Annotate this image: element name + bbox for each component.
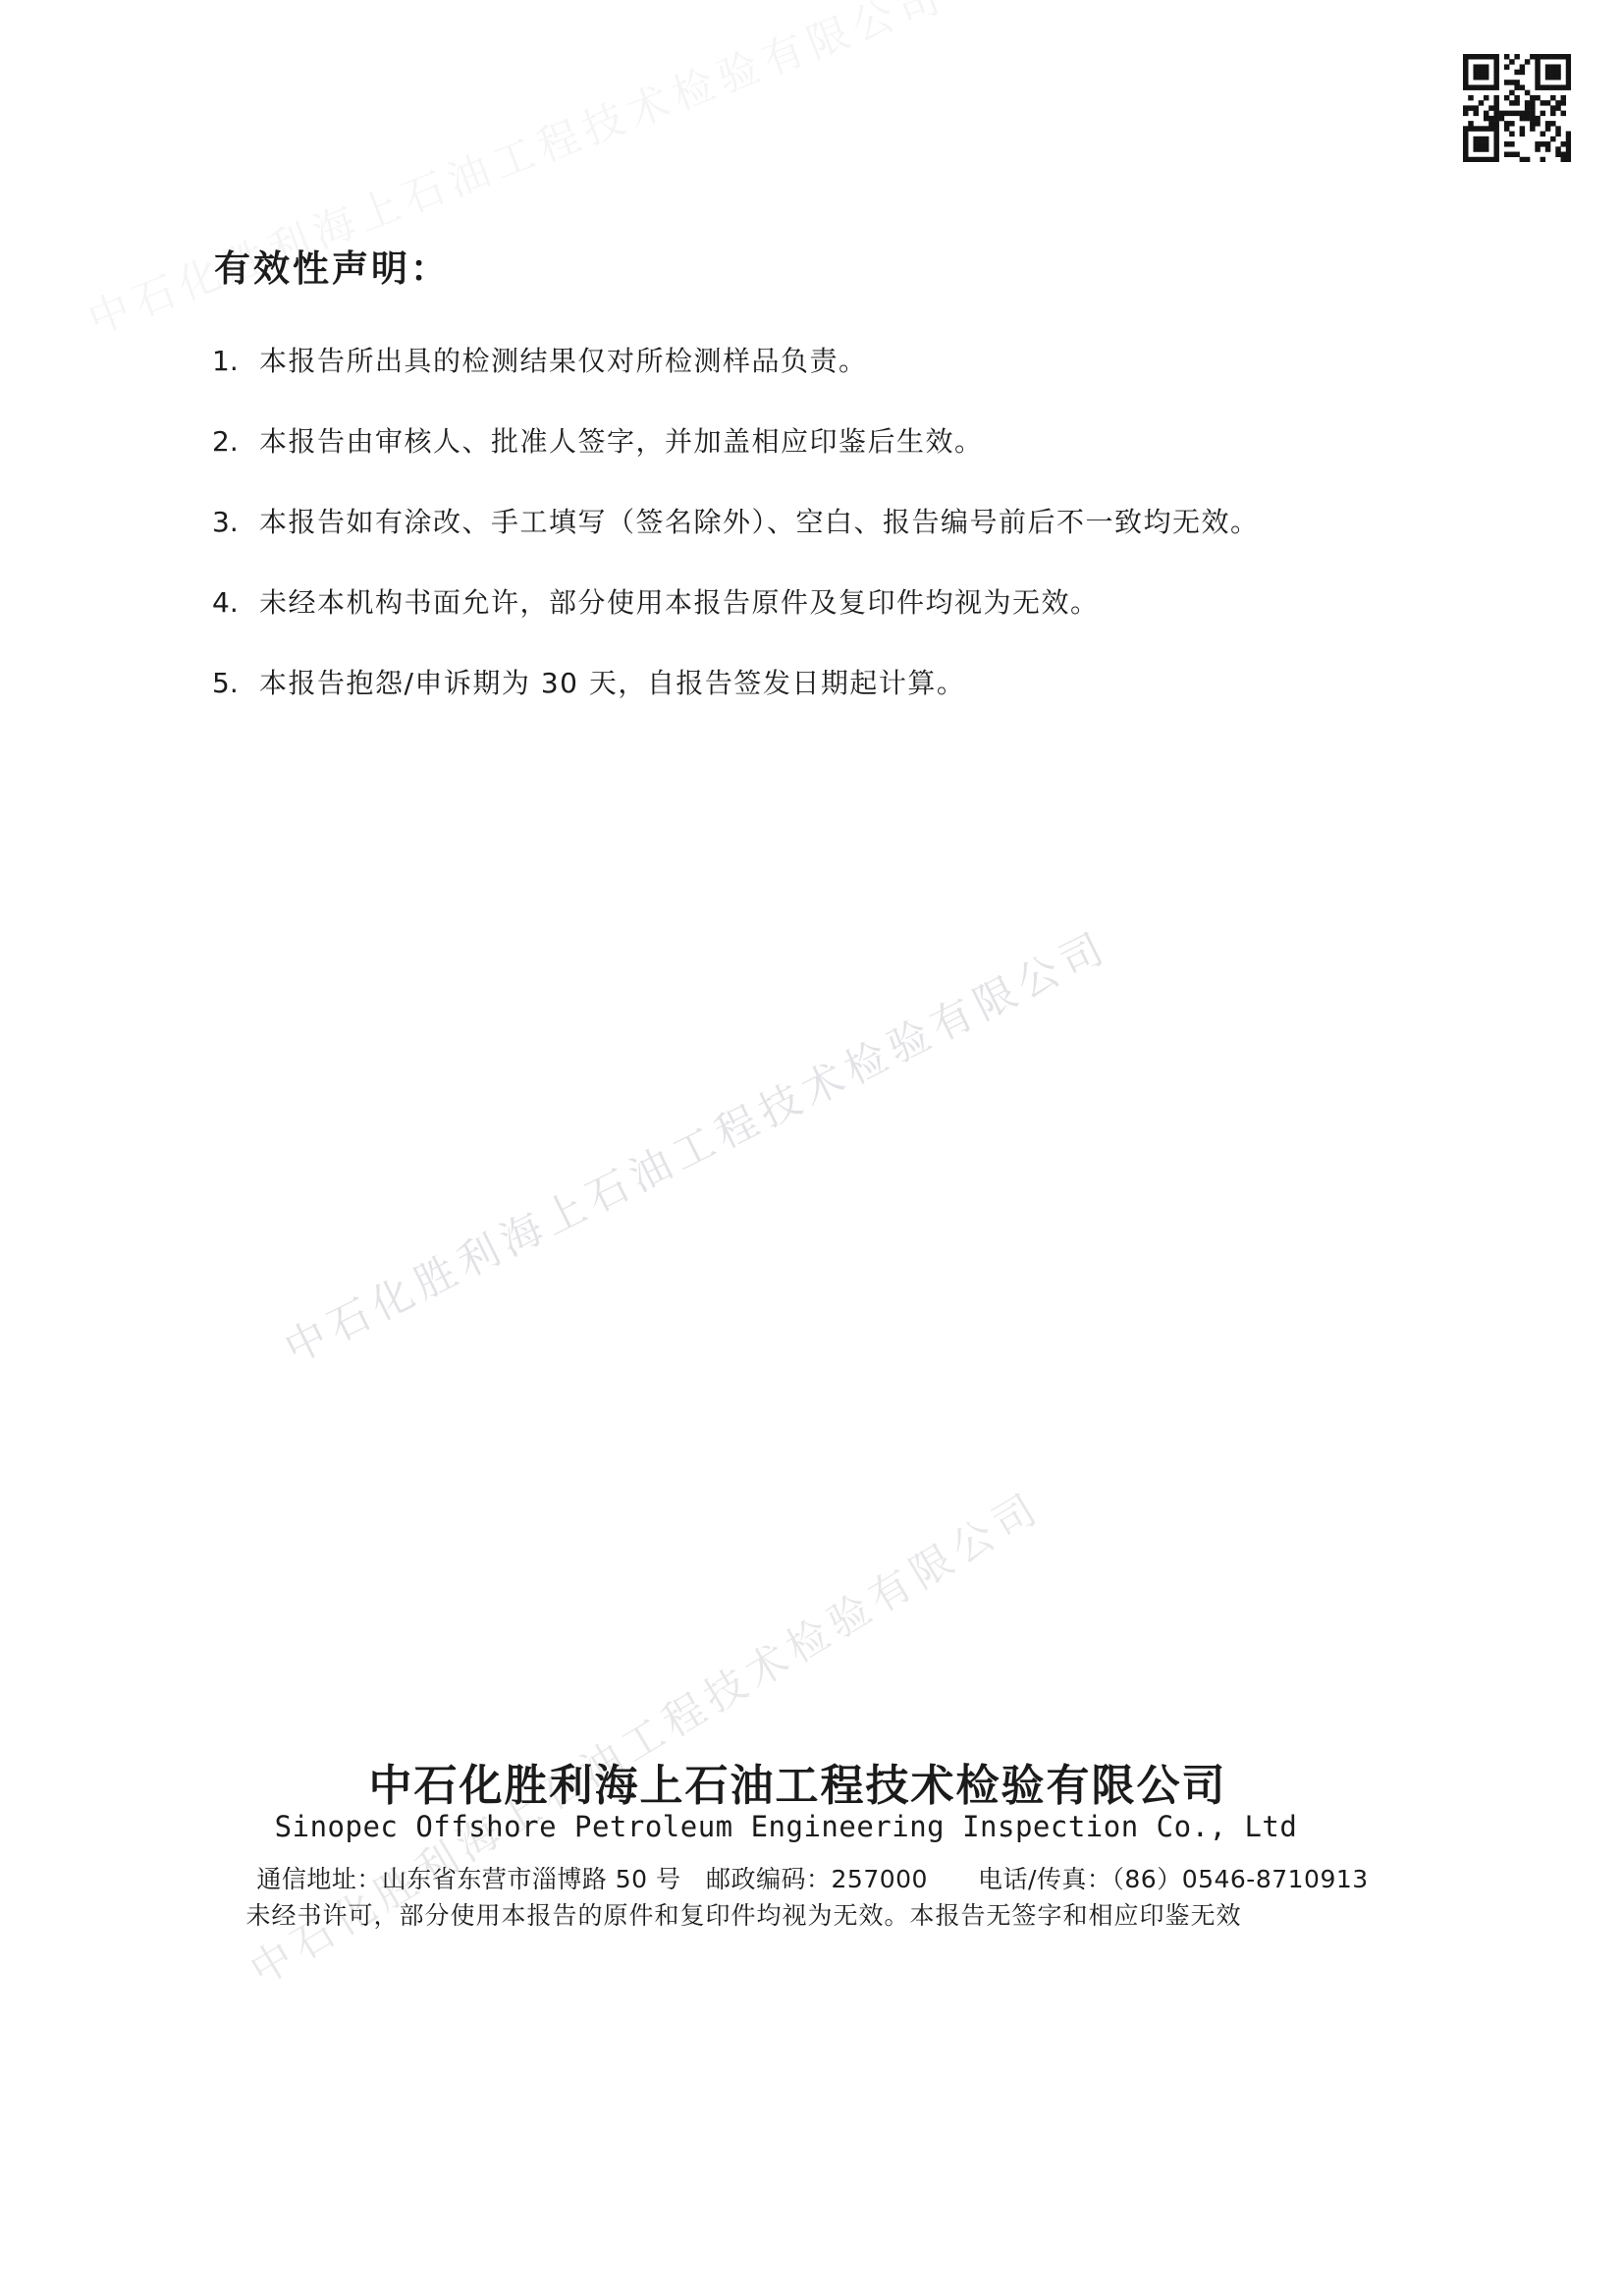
clause-text: 未经本机构书面允许，部分使用本报告原件及复印件均视为无效。	[259, 586, 1100, 620]
list-item: 2. 本报告由审核人、批准人签字，并加盖相应印鉴后生效。	[212, 425, 1518, 459]
list-item: 1. 本报告所出具的检测结果仅对所检测样品负责。	[212, 345, 1518, 378]
company-watermark: 中石化胜利海上石油工程技术检验有限公司	[274, 914, 1118, 1375]
qr-code	[1463, 54, 1571, 162]
clause-text: 本报告由审核人、批准人签字，并加盖相应印鉴后生效。	[259, 425, 984, 459]
clause-list: 1. 本报告所出具的检测结果仅对所检测样品负责。 2. 本报告由审核人、批准人签…	[212, 345, 1518, 747]
report-validity-page: 有效性声明： 1. 本报告所出具的检测结果仅对所检测样品负责。 2. 本报告由审…	[0, 0, 1623, 2296]
clause-number: 3.	[212, 506, 259, 539]
clause-text: 本报告所出具的检测结果仅对所检测样品负责。	[259, 345, 868, 378]
clause-text: 本报告抱怨/申诉期为 30 天，自报告签发日期起计算。	[259, 667, 965, 700]
clause-text: 本报告如有涂改、手工填写（签名除外）、空白、报告编号前后不一致均无效。	[259, 506, 1260, 539]
clause-number: 4.	[212, 586, 259, 620]
list-item: 3. 本报告如有涂改、手工填写（签名除外）、空白、报告编号前后不一致均无效。	[212, 506, 1518, 539]
company-watermark: 中石化胜利海上石油工程技术检验有限公司	[79, 0, 953, 347]
company-name-cn: 中石化胜利海上石油工程技术检验有限公司	[0, 1750, 1609, 1813]
address-line: 通信地址：山东省东营市淄博路 50 号 邮政编码：257000 电话/传真：（8…	[1, 1860, 1623, 1895]
list-item: 5. 本报告抱怨/申诉期为 30 天，自报告签发日期起计算。	[212, 667, 1518, 700]
clause-number: 5.	[212, 667, 259, 700]
clause-number: 2.	[212, 425, 259, 459]
list-item: 4. 未经本机构书面允许，部分使用本报告原件及复印件均视为无效。	[212, 586, 1518, 620]
page-title: 有效性声明：	[214, 239, 450, 292]
company-name-en: Sinopec Offshore Petroleum Engineering I…	[0, 1810, 1597, 1843]
clause-number: 1.	[212, 345, 259, 378]
disclaimer-line: 未经书许可，部分使用本报告的原件和复印件均视为无效。本报告无签字和相应印鉴无效	[0, 1896, 1555, 1932]
